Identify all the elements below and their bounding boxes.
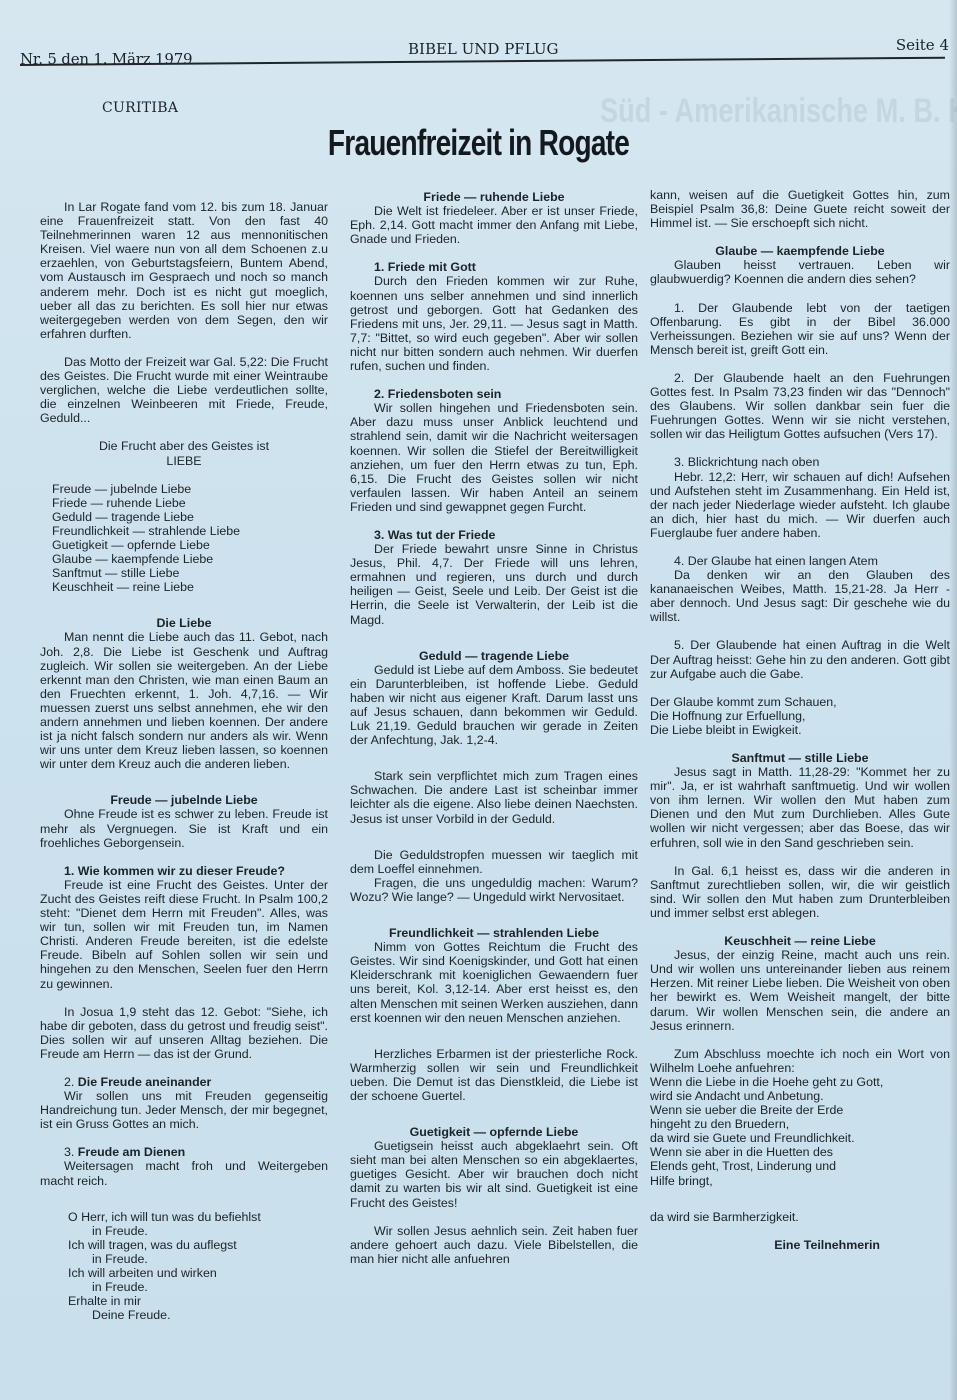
friede-text: Die Welt ist friedeleer. Aber er ist uns… (350, 204, 638, 246)
fruit-item: Friede — ruhende Liebe (52, 496, 328, 510)
guetigkeit-text-2: Wir sollen Jesus aehnlich sein. Zeit hab… (350, 1224, 638, 1266)
section-heading-liebe: Die Liebe (40, 616, 328, 630)
section-heading-sanftmut: Sanftmut — stille Liebe (650, 751, 950, 765)
fruit-item: Freude — jubelnde Liebe (52, 482, 328, 496)
glaube-point-4-heading: 4. Der Glaube hat einen langen Atem (650, 554, 950, 568)
fruit-item: Sanftmut — stille Liebe (52, 566, 328, 580)
prayer-line: in Freude. (40, 1224, 328, 1238)
prayer-line: Ich will tragen, was du auflegst (40, 1238, 328, 1252)
intro-paragraph: In Lar Rogate fand vom 12. bis zum 18. J… (40, 200, 328, 341)
motto-paragraph: Das Motto der Freizeit war Gal. 5,22: Di… (40, 355, 328, 425)
freundlichkeit-text-2: Herzliches Erbarmen ist der priesterlich… (350, 1047, 638, 1103)
geduld-text-3: Die Geduldstropfen muessen wir taeglich … (350, 848, 638, 876)
guetigkeit-text: Guetigsein heisst auch abgeklaehrt sein.… (350, 1139, 638, 1209)
prayer-line: Ich will arbeiten und wirken (40, 1266, 328, 1280)
geduld-text: Geduld ist Liebe auf dem Amboss. Sie bed… (350, 663, 638, 748)
prayer-line: O Herr, ich will tun was du befiehlst (40, 1210, 328, 1224)
freude-sub1-text: Freude ist eine Frucht des Geistes. Unte… (40, 878, 328, 991)
article-location: CURITIBA (102, 100, 178, 116)
publication-title: BIBEL UND PFLUG (408, 40, 558, 58)
prayer-line: Erhalte in mir (40, 1294, 328, 1308)
freude-sub1-heading: 1. Wie kommen wir zu dieser Freude? (40, 864, 328, 878)
quote-line: Wenn sie aber in die Huetten des (650, 1145, 950, 1159)
section-heading-friede: Friede — ruhende Liebe (350, 190, 638, 204)
quote-line: Wenn sie ueber die Breite der Erde (650, 1103, 950, 1117)
column-2: Friede — ruhende Liebe Die Welt ist frie… (350, 190, 638, 1266)
closing-intro: Zum Abschluss moechte ich noch ein Wort … (650, 1047, 950, 1075)
friede-sub3-heading: 3. Was tut der Friede (350, 528, 638, 542)
section-heading-keuschheit: Keuschheit — reine Liebe (650, 934, 950, 948)
verse-line: Die Liebe bleibt in Ewigkeit. (650, 723, 950, 737)
fruit-item: Keuschheit — reine Liebe (52, 580, 328, 594)
fruits-list: Freude — jubelnde Liebe Friede — ruhende… (40, 482, 328, 595)
fruit-item: Guetigkeit — opfernde Liebe (52, 538, 328, 552)
geduld-text-4: Fragen, die uns ungeduldig machen: Warum… (350, 876, 638, 904)
friede-sub1-text: Durch den Frieden kommen wir zur Ruhe, k… (350, 274, 638, 373)
glaube-point-3-text: Hebr. 12,2: Herr, wir schauen auf dich! … (650, 470, 950, 540)
freude-sub3-heading: 3. Freude am Dienen (40, 1145, 328, 1159)
quote-line: wird sie Andacht und Anbetung. (650, 1089, 950, 1103)
keuschheit-text: Jesus, der einzig Reine, macht auch uns … (650, 948, 950, 1033)
prayer-line: in Freude. (40, 1252, 328, 1266)
newspaper-page: Süd - Amerikanische M. B. Konferenz in W… (0, 0, 957, 1400)
glaube-point-4-text: Da denken wir an den Glauben des kananae… (650, 568, 950, 624)
loehe-quote: Wenn die Liebe in die Hoehe geht zu Gott… (650, 1075, 950, 1188)
verse-line: Der Glaube kommt zum Schauen, (650, 695, 950, 709)
freude-josua-text: In Josua 1,9 steht das 12. Gebot: "Siehe… (40, 1005, 328, 1061)
prayer-line: Deine Freude. (40, 1308, 328, 1322)
section-heading-guetigkeit: Guetigkeit — opfernde Liebe (350, 1125, 638, 1139)
quote-line: Wenn die Liebe in die Hoehe geht zu Gott… (650, 1075, 950, 1089)
fruit-item: Glaube — kaempfende Liebe (52, 552, 328, 566)
friede-sub2-heading: 2. Friedensboten sein (350, 387, 638, 401)
section-heading-freude: Freude — jubelnde Liebe (40, 793, 328, 807)
liebe-text: Man nennt die Liebe auch das 11. Gebot, … (40, 630, 328, 771)
friede-sub2-text: Wir sollen hingehen und Friedensboten se… (350, 401, 638, 514)
section-heading-freundlichkeit: Freundlichkeit — strahlenden Liebe (350, 926, 638, 940)
page-edge-shadow (949, 0, 957, 1400)
quote-line: Elends geht, Trost, Linderung und (650, 1159, 950, 1173)
glaube-point-2: 2. Der Glaubende haelt an den Fuehrungen… (650, 371, 950, 441)
friede-sub3-text: Der Friede bewahrt unsre Sinne in Christ… (350, 542, 638, 627)
page-number: Seite 4 (896, 36, 949, 54)
verse-line: Die Hoffnung zur Erfuellung, (650, 709, 950, 723)
quote-last-line: da wird sie Barmherzigkeit. (650, 1210, 950, 1224)
glaube-verse: Der Glaube kommt zum Schauen, Die Hoffnu… (650, 695, 950, 737)
glaube-text: Glauben heisst vertrauen. Leben wir glau… (650, 258, 950, 286)
freude-sub2-text: Wir sollen uns mit Freuden gegenseitig H… (40, 1089, 328, 1131)
quote-line: da wird sie Guete und Freundlichkeit. (650, 1131, 950, 1145)
section-heading-glaube: Glaube — kaempfende Liebe (650, 244, 950, 258)
sanftmut-text-2: In Gal. 6,1 heisst es, dass wir die ande… (650, 864, 950, 920)
glaube-point-5: 5. Der Glaubende hat einen Auftrag in di… (650, 638, 950, 680)
guetigkeit-text-2-continued: kann, weisen auf die Guetigkeit Gottes h… (650, 188, 950, 230)
motto-line: Die Frucht aber des Geistes ist (40, 439, 328, 453)
quote-line: hingeht zu den Bruedern, (650, 1117, 950, 1131)
glaube-point-3-heading: 3. Blickrichtung nach oben (650, 455, 950, 469)
sanftmut-text: Jesus sagt in Matth. 11,28-29: "Kommet h… (650, 765, 950, 850)
quote-line: Hilfe bringt, (650, 1174, 950, 1188)
article-byline: Eine Teilnehmerin (650, 1238, 950, 1252)
freude-sub2-heading: 2. Die Freude aneinander (40, 1075, 328, 1089)
motto-liebe: LIEBE (40, 454, 328, 468)
column-1: In Lar Rogate fand vom 12. bis zum 18. J… (40, 200, 328, 1322)
freude-text: Ohne Freude ist es schwer zu leben. Freu… (40, 807, 328, 849)
prayer-poem: O Herr, ich will tun was du befiehlstin … (40, 1210, 328, 1323)
freundlichkeit-text: Nimm von Gottes Reichtum die Frucht des … (350, 940, 638, 1025)
fruit-item: Freundlichkeit — strahlende Liebe (52, 524, 328, 538)
geduld-text-2: Stark sein verpflichtet mich zum Tragen … (350, 769, 638, 825)
fruit-item: Geduld — tragende Liebe (52, 510, 328, 524)
glaube-point-1: 1. Der Glaubende lebt von der taetigen O… (650, 301, 950, 357)
article-headline: Frauenfreizeit in Rogate (105, 122, 851, 164)
column-3: kann, weisen auf die Guetigkeit Gottes h… (650, 188, 950, 1252)
section-heading-geduld: Geduld — tragende Liebe (350, 649, 638, 663)
prayer-line: in Freude. (40, 1280, 328, 1294)
freude-sub3-text: Weitersagen macht froh und Weitergeben m… (40, 1159, 328, 1187)
friede-sub1-heading: 1. Friede mit Gott (350, 260, 638, 274)
